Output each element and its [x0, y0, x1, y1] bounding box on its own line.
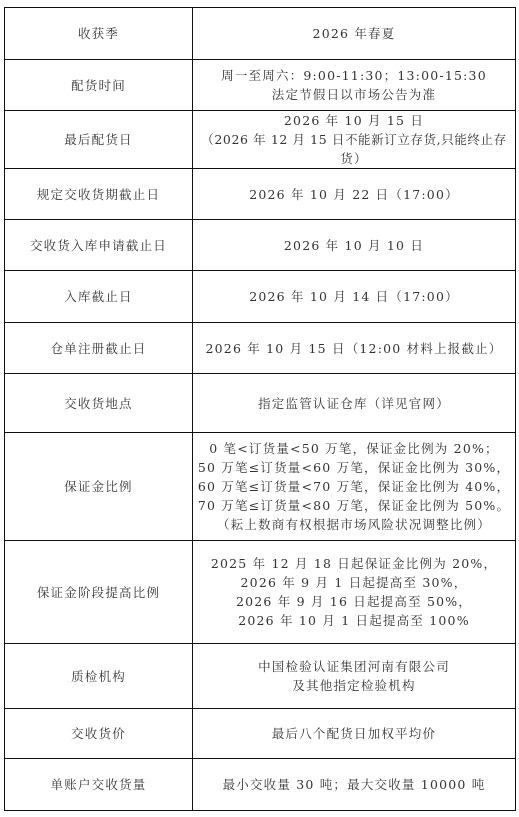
row-value: 指定监管认证仓库（详见官网） — [193, 374, 516, 433]
value-line: 2026 年 10 月 10 日 — [197, 236, 511, 255]
row-value: 中国检验认证集团河南有限公司 及其他指定检验机构 — [193, 644, 516, 709]
row-value: 2025 年 12 月 18 日起保证金比例为 20%， 2026 年 9 月 … — [193, 541, 516, 644]
table-row-warehouse-application-deadline: 交收货入库申请截止日 2026 年 10 月 10 日 — [5, 220, 516, 271]
table-row-delivery-location: 交收货地点 指定监管认证仓库（详见官网） — [5, 374, 516, 433]
table-row-margin-ratio: 保证金比例 0 笔<订货量<50 万笔，保证金比例为 20%； 50 万笔≤订货… — [5, 433, 516, 541]
value-line: 2026 年 10 月 14 日（17:00） — [197, 287, 511, 306]
delivery-spec-table: 收获季 2026 年春夏 配货时间 周一至周六：9:00-11:30；13:00… — [4, 7, 516, 811]
table-row-receipt-registration-deadline: 仓单注册截止日 2026 年 10 月 15 日（12:00 材料上报截止） — [5, 323, 516, 374]
row-value: 最后八个配货日加权平均价 — [193, 709, 516, 759]
row-value: 0 笔<订货量<50 万笔，保证金比例为 20%； 50 万笔≤订货量<60 万… — [193, 433, 516, 541]
value-line: 周一至周六：9:00-11:30；13:00-15:30 — [197, 66, 511, 85]
value-line: 2026 年 10 月 22 日（17:00） — [197, 185, 511, 204]
row-value: 最小交收量 30 吨；最大交收量 10000 吨 — [193, 759, 516, 811]
row-label: 单账户交收货量 — [5, 759, 193, 811]
row-label: 保证金阶段提高比例 — [5, 541, 193, 644]
value-line: 中国检验认证集团河南有限公司 — [197, 657, 511, 676]
row-label: 交收货入库申请截止日 — [5, 220, 193, 271]
row-label: 质检机构 — [5, 644, 193, 709]
table-row-delivery-price: 交收货价 最后八个配货日加权平均价 — [5, 709, 516, 759]
value-line: 0 笔<订货量<50 万笔，保证金比例为 20%； — [197, 439, 511, 458]
value-line: 70 万笔≤订货量<80 万笔，保证金比例为 50%。 — [197, 496, 511, 515]
value-line: 2026 年 9 月 1 日起提高至 30%， — [197, 573, 511, 592]
table-row-allocation-time: 配货时间 周一至周六：9:00-11:30；13:00-15:30 法定节假日以… — [5, 60, 516, 111]
row-label: 保证金比例 — [5, 433, 193, 541]
row-label: 最后配货日 — [5, 111, 193, 169]
value-line: 2026 年 10 月 1 日起提高至 100% — [197, 611, 511, 630]
value-line: （2026 年 12 月 15 日不能新订立存货,只能终止存 — [197, 130, 511, 149]
value-line: 货） — [197, 149, 511, 168]
value-line: 法定节假日以市场公告为准 — [197, 85, 511, 104]
table-row-delivery-deadline: 规定交收货期截止日 2026 年 10 月 22 日（17:00） — [5, 169, 516, 220]
row-label: 交收货地点 — [5, 374, 193, 433]
row-label: 入库截止日 — [5, 271, 193, 323]
row-label: 规定交收货期截止日 — [5, 169, 193, 220]
row-value: 2026 年 10 月 22 日（17:00） — [193, 169, 516, 220]
row-value: 周一至周六：9:00-11:30；13:00-15:30 法定节假日以市场公告为… — [193, 60, 516, 111]
row-label: 收获季 — [5, 8, 193, 60]
value-line: 60 万笔≤订货量<70 万笔，保证金比例为 40%， — [197, 477, 511, 496]
value-line: 指定监管认证仓库（详见官网） — [197, 394, 511, 413]
table-row-account-delivery-volume: 单账户交收货量 最小交收量 30 吨；最大交收量 10000 吨 — [5, 759, 516, 811]
value-line: 50 万笔≤订货量<60 万笔，保证金比例为 30%， — [197, 458, 511, 477]
table-row-last-allocation-day: 最后配货日 2026 年 10 月 15 日 （2026 年 12 月 15 日… — [5, 111, 516, 169]
table-row-warehouse-entry-deadline: 入库截止日 2026 年 10 月 14 日（17:00） — [5, 271, 516, 323]
value-line: 2025 年 12 月 18 日起保证金比例为 20%， — [197, 554, 511, 573]
row-label: 配货时间 — [5, 60, 193, 111]
value-line: （耘上数商有权根据市场风险状况调整比例） — [197, 515, 511, 534]
value-line: 2026 年 9 月 16 日起提高至 50%， — [197, 592, 511, 611]
table-row-inspection-agency: 质检机构 中国检验认证集团河南有限公司 及其他指定检验机构 — [5, 644, 516, 709]
table-row-harvest-season: 收获季 2026 年春夏 — [5, 8, 516, 60]
row-value: 2026 年春夏 — [193, 8, 516, 60]
row-value: 2026 年 10 月 14 日（17:00） — [193, 271, 516, 323]
row-label: 交收货价 — [5, 709, 193, 759]
row-value: 2026 年 10 月 10 日 — [193, 220, 516, 271]
value-line: 2026 年春夏 — [197, 24, 511, 43]
row-value: 2026 年 10 月 15 日（12:00 材料上报截止） — [193, 323, 516, 374]
value-line: 最小交收量 30 吨；最大交收量 10000 吨 — [197, 775, 511, 794]
table-row-margin-step-increase: 保证金阶段提高比例 2025 年 12 月 18 日起保证金比例为 20%， 2… — [5, 541, 516, 644]
row-value: 2026 年 10 月 15 日 （2026 年 12 月 15 日不能新订立存… — [193, 111, 516, 169]
row-label: 仓单注册截止日 — [5, 323, 193, 374]
value-line: 及其他指定检验机构 — [197, 676, 511, 695]
value-line: 最后八个配货日加权平均价 — [197, 724, 511, 743]
value-line: 2026 年 10 月 15 日 — [197, 111, 511, 130]
value-line: 2026 年 10 月 15 日（12:00 材料上报截止） — [197, 339, 511, 358]
